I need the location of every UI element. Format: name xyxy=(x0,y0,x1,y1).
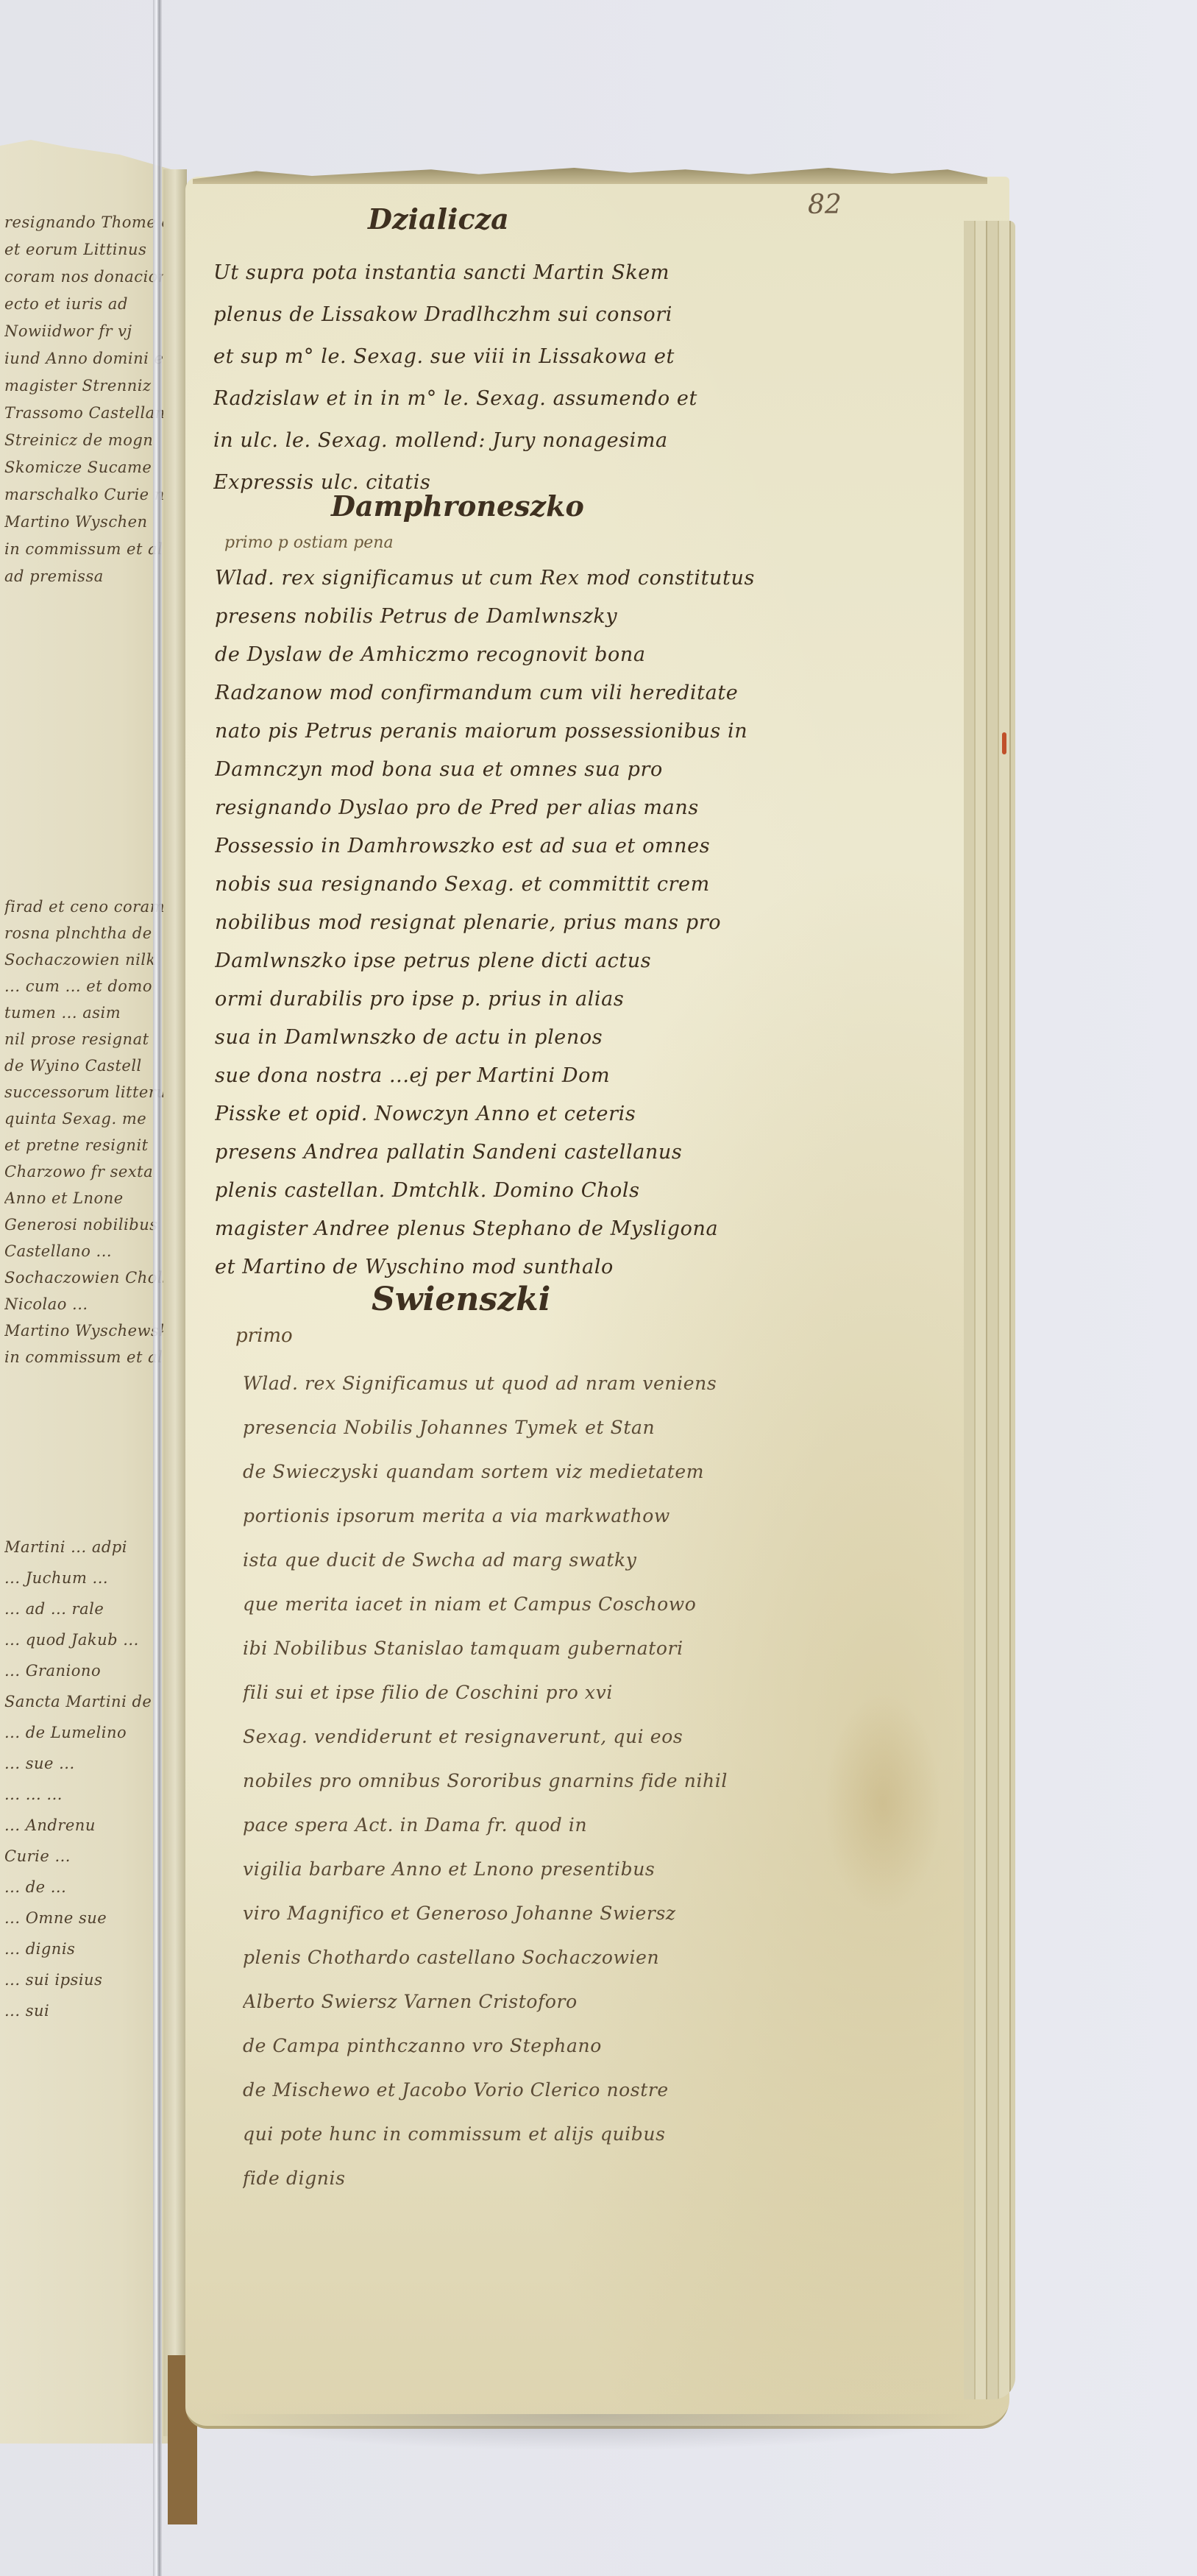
manuscript-line: ecto et iuris ad xyxy=(4,295,165,313)
manuscript-line: plenus de Lissakow Dradlhczhm sui consor… xyxy=(213,303,964,326)
manuscript-line: ... sui xyxy=(4,2002,165,2020)
manuscript-line: quinta Sexag. me xyxy=(4,1110,165,1128)
left-page-verso: resignando Thome etet eorum Littinuscora… xyxy=(0,140,171,2444)
manuscript-line: nato pis Petrus peranis maiorum possessi… xyxy=(215,720,965,743)
manuscript-line: nobiles pro omnibus Sororibus gnarnins f… xyxy=(243,1770,993,1791)
manuscript-line: iund Anno domini et xyxy=(4,350,165,367)
manuscript-line: Martini ... adpi xyxy=(4,1538,165,1556)
manuscript-line: Wlad. rex significamus ut cum Rex mod co… xyxy=(215,567,965,590)
manuscript-line: Nowiidwor fr vj xyxy=(4,322,165,340)
manuscript-line: Martino Wyschen xyxy=(4,513,165,531)
manuscript-line: Trassomo Castellano xyxy=(4,404,165,422)
manuscript-line: tumen ... asim xyxy=(4,1004,165,1022)
manuscript-line: in commissum et alijs xyxy=(4,540,165,558)
manuscript-line: Streinicz de mogn xyxy=(4,431,165,449)
manuscript-line: Radzislaw et in in m° le. Sexag. assumen… xyxy=(213,387,964,410)
manuscript-line: ista que ducit de Swcha ad marg swatky xyxy=(243,1549,993,1571)
manuscript-line: presens Andrea pallatin Sandeni castella… xyxy=(215,1141,965,1164)
manuscript-line: sua in Damlwnszko de actu in plenos xyxy=(215,1026,965,1049)
manuscript-line: ... sue ... xyxy=(4,1755,165,1772)
manuscript-line: Castellano ... xyxy=(4,1242,165,1260)
manuscript-line: Sexag. vendiderunt et resignaverunt, qui… xyxy=(243,1726,993,1747)
manuscript-line: firad et ceno coram xyxy=(4,898,165,916)
manuscript-line: marschalko Curie nre xyxy=(4,486,165,503)
manuscript-line: de Swieczyski quandam sortem viz medieta… xyxy=(243,1461,993,1482)
manuscript-line: ... ad ... rale xyxy=(4,1600,165,1618)
section-rubric-3: primo xyxy=(235,1325,293,1347)
manuscript-line: Anno et Lnone xyxy=(4,1189,165,1207)
manuscript-line: Sochaczowien nilk xyxy=(4,951,165,969)
manuscript-line: magister Strenniz xyxy=(4,377,165,394)
manuscript-line: ... quod Jakub ... xyxy=(4,1631,165,1649)
manuscript-line: portionis ipsorum merita a via markwatho… xyxy=(243,1505,993,1526)
red-ink-mark xyxy=(1002,732,1006,754)
manuscript-line: et eorum Littinus xyxy=(4,241,165,258)
manuscript-line: Generosi nobilibus xyxy=(4,1216,165,1234)
manuscript-line: coram nos donacion xyxy=(4,268,165,286)
manuscript-line: presens nobilis Petrus de Damlwnszky xyxy=(215,605,965,628)
manuscript-line: viro Magnifico et Generoso Johanne Swier… xyxy=(243,1903,993,1924)
manuscript-line: Sochaczowien Chols xyxy=(4,1269,165,1287)
manuscript-line: presencia Nobilis Johannes Tymek et Stan xyxy=(243,1417,993,1438)
manuscript-line: vigilia barbare Anno et Lnono presentibu… xyxy=(243,1858,993,1880)
manuscript-line: de Mischewo et Jacobo Vorio Clerico nost… xyxy=(243,2079,993,2101)
manuscript-line: Possessio in Damhrowszko est ad sua et o… xyxy=(215,835,965,857)
manuscript-line: de Wyino Castell xyxy=(4,1057,165,1075)
manuscript-line: ... sui ipsius xyxy=(4,1971,165,1989)
page-leaf-edges xyxy=(964,221,1015,2399)
manuscript-line: Radzanow mod confirmandum cum vili hered… xyxy=(215,682,965,704)
section-heading-3: Swienszki xyxy=(372,1281,550,1318)
manuscript-line: de Dyslaw de Amhiczmo recognovit bona xyxy=(215,643,965,666)
manuscript-line: nobis sua resignando Sexag. et committit… xyxy=(215,873,965,896)
manuscript-line: magister Andree plenus Stephano de Mysli… xyxy=(215,1217,965,1240)
manuscript-line: successorum litterum xyxy=(4,1083,165,1101)
manuscript-line: in ulc. le. Sexag. mollend: Jury nonages… xyxy=(213,429,964,452)
manuscript-line: nobilibus mod resignat plenarie, prius m… xyxy=(215,911,965,934)
manuscript-line: nil prose resignat xyxy=(4,1030,165,1048)
manuscript-line: ormi durabilis pro ipse p. prius in alia… xyxy=(215,988,965,1011)
manuscript-line: Skomicze Sucame xyxy=(4,459,165,476)
book-gutter xyxy=(163,169,187,2436)
manuscript-line: ... de Lumelino xyxy=(4,1724,165,1741)
manuscript-line: Charzowo fr sexta xyxy=(4,1163,165,1181)
manuscript-line: ... cum ... et domo xyxy=(4,977,165,995)
manuscript-line: rosna plnchtha de xyxy=(4,924,165,942)
section-rubric-2: primo p ostiam pena xyxy=(224,534,394,552)
manuscript-line: resignando Dyslao pro de Pred per alias … xyxy=(215,796,965,819)
manuscript-line: Sancta Martini de xyxy=(4,1693,165,1710)
manuscript-line: ... dignis xyxy=(4,1940,165,1958)
manuscript-line: et pretne resignit xyxy=(4,1136,165,1154)
manuscript-line: Alberto Swiersz Varnen Cristoforo xyxy=(243,1991,993,2012)
manuscript-line: et Martino de Wyschino mod sunthalo xyxy=(215,1256,965,1278)
manuscript-line: Wlad. rex Significamus ut quod ad nram v… xyxy=(243,1373,993,1394)
manuscript-line: plenis castellan. Dmtchlk. Domino Chols xyxy=(215,1179,965,1202)
manuscript-line: ... Juchum ... xyxy=(4,1569,165,1587)
manuscript-line: ... ... ... xyxy=(4,1786,165,1803)
section-heading-1: Dzialicza xyxy=(368,202,509,236)
manuscript-line: resignando Thome et xyxy=(4,213,165,231)
manuscript-line: ibi Nobilibus Stanislao tamquam gubernat… xyxy=(243,1638,993,1659)
manuscript-line: pace spera Act. in Dama fr. quod in xyxy=(243,1814,993,1836)
glass-plate-edge xyxy=(153,0,162,2576)
manuscript-line: Pisske et opid. Nowczyn Anno et ceteris xyxy=(215,1103,965,1125)
manuscript-line: ad premissa xyxy=(4,567,165,585)
manuscript-line: fide dignis xyxy=(243,2168,993,2189)
manuscript-line: Curie ... xyxy=(4,1847,165,1865)
page-shadow xyxy=(199,2414,978,2451)
manuscript-line: et sup m° le. Sexag. sue viii in Lissako… xyxy=(213,345,964,368)
manuscript-line: de Campa pinthczanno vro Stephano xyxy=(243,2035,993,2056)
manuscript-line: in commissum et alijs xyxy=(4,1348,165,1366)
manuscript-line: Expressis ulc. citatis xyxy=(213,471,964,494)
manuscript-line: Martino Wyschewsky xyxy=(4,1322,165,1340)
manuscript-line: plenis Chothardo castellano Sochaczowien xyxy=(243,1947,993,1968)
manuscript-line: Damnczyn mod bona sua et omnes sua pro xyxy=(215,758,965,781)
manuscript-line: ... de ... xyxy=(4,1878,165,1896)
manuscript-line: Damlwnszko ipse petrus plene dicti actus xyxy=(215,949,965,972)
manuscript-line: fili sui et ipse filio de Coschini pro x… xyxy=(243,1682,993,1703)
manuscript-photograph: resignando Thome etet eorum Littinuscora… xyxy=(0,0,1197,2576)
manuscript-line: ... Andrenu xyxy=(4,1816,165,1834)
manuscript-line: ... Omne sue xyxy=(4,1909,165,1927)
manuscript-line: Nicolao ... xyxy=(4,1295,165,1313)
manuscript-line: que merita iacet in niam et Campus Cosch… xyxy=(243,1593,993,1615)
manuscript-line: ... Graniono xyxy=(4,1662,165,1680)
damaged-top-edge xyxy=(193,168,987,184)
manuscript-line: Ut supra pota instantia sancti Martin Sk… xyxy=(213,261,964,284)
manuscript-line: sue dona nostra ...ej per Martini Dom xyxy=(215,1064,965,1087)
manuscript-line: qui pote hunc in commissum et alijs quib… xyxy=(243,2123,993,2145)
section-heading-2: Damphroneszko xyxy=(331,489,584,523)
folio-number: 82 xyxy=(808,190,842,220)
